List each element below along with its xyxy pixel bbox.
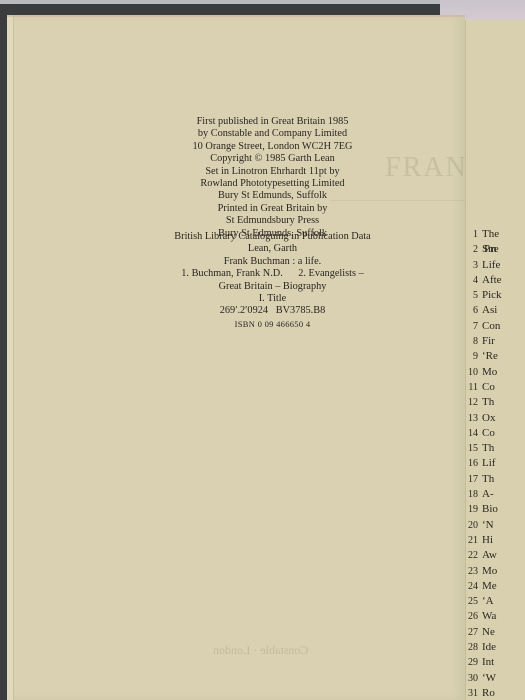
chapter-title: A- bbox=[482, 487, 494, 502]
chapter-number: 6 bbox=[465, 303, 478, 318]
chapter-number: 24 bbox=[465, 579, 478, 594]
cataloguing-line: Lean, Garth bbox=[170, 243, 375, 255]
contents-item: 11Co bbox=[465, 380, 525, 395]
chapter-title: Asi bbox=[482, 303, 497, 318]
contents-item: 20‘N bbox=[465, 518, 525, 533]
chapter-title: The bbox=[482, 227, 499, 242]
contents-item: 9‘Re bbox=[465, 349, 525, 364]
contents-item: 15Th bbox=[465, 441, 525, 456]
chapter-title: Th bbox=[482, 472, 494, 487]
chapter-number: 15 bbox=[465, 441, 478, 456]
cataloguing-line: 1. Buchman, Frank N.D. 2. Evangelists – bbox=[170, 268, 375, 280]
contents-item: 16Lif bbox=[465, 456, 525, 471]
contents-item: 31Ro bbox=[465, 686, 525, 700]
contents-item: 29Int bbox=[465, 655, 525, 670]
contents-item: 12Th bbox=[465, 395, 525, 410]
contents-item: 8Fir bbox=[465, 334, 525, 349]
cataloguing-line: British Library Cataloguing in Publicati… bbox=[170, 231, 375, 243]
contents-item: 4Afte bbox=[465, 273, 525, 288]
chapter-title: Ox bbox=[482, 411, 495, 426]
cataloguing-line: Great Britain – Biography bbox=[170, 281, 375, 293]
chapter-title: ‘A bbox=[482, 594, 494, 609]
imprint-line: 10 Orange Street, London WC2H 7EG bbox=[170, 141, 375, 153]
chapter-title: Life bbox=[482, 258, 500, 273]
chapter-number: 19 bbox=[465, 502, 478, 517]
contents-list: 1The2Sm3Life4Afte5Pick6Asi7Con8Fir9‘Re10… bbox=[465, 227, 525, 700]
contents-item: 27Ne bbox=[465, 625, 525, 640]
contents-item: 26Wa bbox=[465, 609, 525, 624]
chapter-number: 21 bbox=[465, 533, 478, 548]
chapter-number: 17 bbox=[465, 472, 478, 487]
chapter-title: Ide bbox=[482, 640, 496, 655]
chapter-title: Int bbox=[482, 655, 494, 670]
imprint-line: Set in Linotron Ehrhardt 11pt by bbox=[170, 166, 375, 178]
chapter-number: 16 bbox=[465, 456, 478, 471]
chapter-number: 26 bbox=[465, 609, 478, 624]
chapter-title: Pick bbox=[482, 288, 502, 303]
contents-item: 24Me bbox=[465, 579, 525, 594]
chapter-number: 20 bbox=[465, 518, 478, 533]
chapter-title: Mo bbox=[482, 564, 497, 579]
isbn: ISBN 0 09 466650 4 bbox=[170, 319, 375, 329]
contents-item: 17Th bbox=[465, 472, 525, 487]
chapter-title: Wa bbox=[482, 609, 496, 624]
contents-item: 25‘A bbox=[465, 594, 525, 609]
contents-item: 2Sm bbox=[465, 242, 525, 257]
chapter-title: Aw bbox=[482, 548, 497, 563]
chapter-title: Th bbox=[482, 395, 494, 410]
chapter-number: 25 bbox=[465, 594, 478, 609]
contents-item: 7Con bbox=[465, 319, 525, 334]
chapter-title: Ne bbox=[482, 625, 495, 640]
chapter-number: 18 bbox=[465, 487, 478, 502]
chapter-title: Bio bbox=[482, 502, 498, 517]
chapter-title: Con bbox=[482, 319, 500, 334]
chapter-number: 5 bbox=[465, 288, 478, 303]
contents-item: 19Bio bbox=[465, 502, 525, 517]
contents-item: 14Co bbox=[465, 426, 525, 441]
chapter-title: Ro bbox=[482, 686, 495, 700]
imprint-block: First published in Great Britain 1985 by… bbox=[170, 116, 375, 240]
chapter-number: 8 bbox=[465, 334, 478, 349]
chapter-number: 3 bbox=[465, 258, 478, 273]
contents-item: 10Mo bbox=[465, 365, 525, 380]
contents-item: 28Ide bbox=[465, 640, 525, 655]
chapter-number: 2 bbox=[465, 242, 478, 257]
chapter-title: Me bbox=[482, 579, 497, 594]
chapter-title: Hi bbox=[482, 533, 493, 548]
chapter-title: Mo bbox=[482, 365, 497, 380]
chapter-number: 13 bbox=[465, 411, 478, 426]
chapter-title: Co bbox=[482, 426, 495, 441]
contents-item: 1The bbox=[465, 227, 525, 242]
chapter-title: ‘N bbox=[482, 518, 494, 533]
show-through-publisher: Constable · London bbox=[213, 643, 308, 658]
chapter-title: Sm bbox=[482, 242, 497, 257]
chapter-number: 27 bbox=[465, 625, 478, 640]
cataloguing-line: I. Title bbox=[170, 293, 375, 305]
chapter-number: 4 bbox=[465, 273, 478, 288]
chapter-number: 1 bbox=[465, 227, 478, 242]
chapter-title: Lif bbox=[482, 456, 495, 471]
chapter-number: 7 bbox=[465, 319, 478, 334]
imprint-line: St Edmundsbury Press bbox=[170, 215, 375, 227]
chapter-number: 14 bbox=[465, 426, 478, 441]
imprint-line: Rowland Phototypesetting Limited bbox=[170, 178, 375, 190]
imprint-line: Copyright © 1985 Garth Lean bbox=[170, 153, 375, 165]
contents-item: 22Aw bbox=[465, 548, 525, 563]
imprint-line: First published in Great Britain 1985 bbox=[170, 116, 375, 128]
imprint-line: by Constable and Company Limited bbox=[170, 128, 375, 140]
contents-item: 3Life bbox=[465, 258, 525, 273]
contents-item: 21Hi bbox=[465, 533, 525, 548]
contents-item: 6Asi bbox=[465, 303, 525, 318]
chapter-title: ‘W bbox=[482, 671, 496, 686]
chapter-number: 12 bbox=[465, 395, 478, 410]
chapter-number: 10 bbox=[465, 365, 478, 380]
chapter-title: Afte bbox=[482, 273, 502, 288]
contents-item: 18A- bbox=[465, 487, 525, 502]
chapter-title: Th bbox=[482, 441, 494, 456]
chapter-number: 31 bbox=[465, 686, 478, 700]
contents-item: 5Pick bbox=[465, 288, 525, 303]
chapter-number: 22 bbox=[465, 548, 478, 563]
contents-item: 23Mo bbox=[465, 564, 525, 579]
cataloguing-line: 269′.2′0924 BV3785.B8 bbox=[170, 305, 375, 317]
cataloguing-line: Frank Buchman : a life. bbox=[170, 256, 375, 268]
chapter-title: Co bbox=[482, 380, 495, 395]
cataloguing-block: British Library Cataloguing in Publicati… bbox=[170, 231, 375, 318]
chapter-number: 30 bbox=[465, 671, 478, 686]
contents-item: 30‘W bbox=[465, 671, 525, 686]
chapter-number: 23 bbox=[465, 564, 478, 579]
imprint-line: Bury St Edmunds, Suffolk bbox=[170, 190, 375, 202]
chapter-number: 28 bbox=[465, 640, 478, 655]
imprint-line: Printed in Great Britain by bbox=[170, 203, 375, 215]
chapter-number: 29 bbox=[465, 655, 478, 670]
chapter-title: ‘Re bbox=[482, 349, 498, 364]
chapter-number: 11 bbox=[465, 380, 478, 395]
chapter-title: Fir bbox=[482, 334, 495, 349]
contents-item: 13Ox bbox=[465, 411, 525, 426]
chapter-number: 9 bbox=[465, 349, 478, 364]
